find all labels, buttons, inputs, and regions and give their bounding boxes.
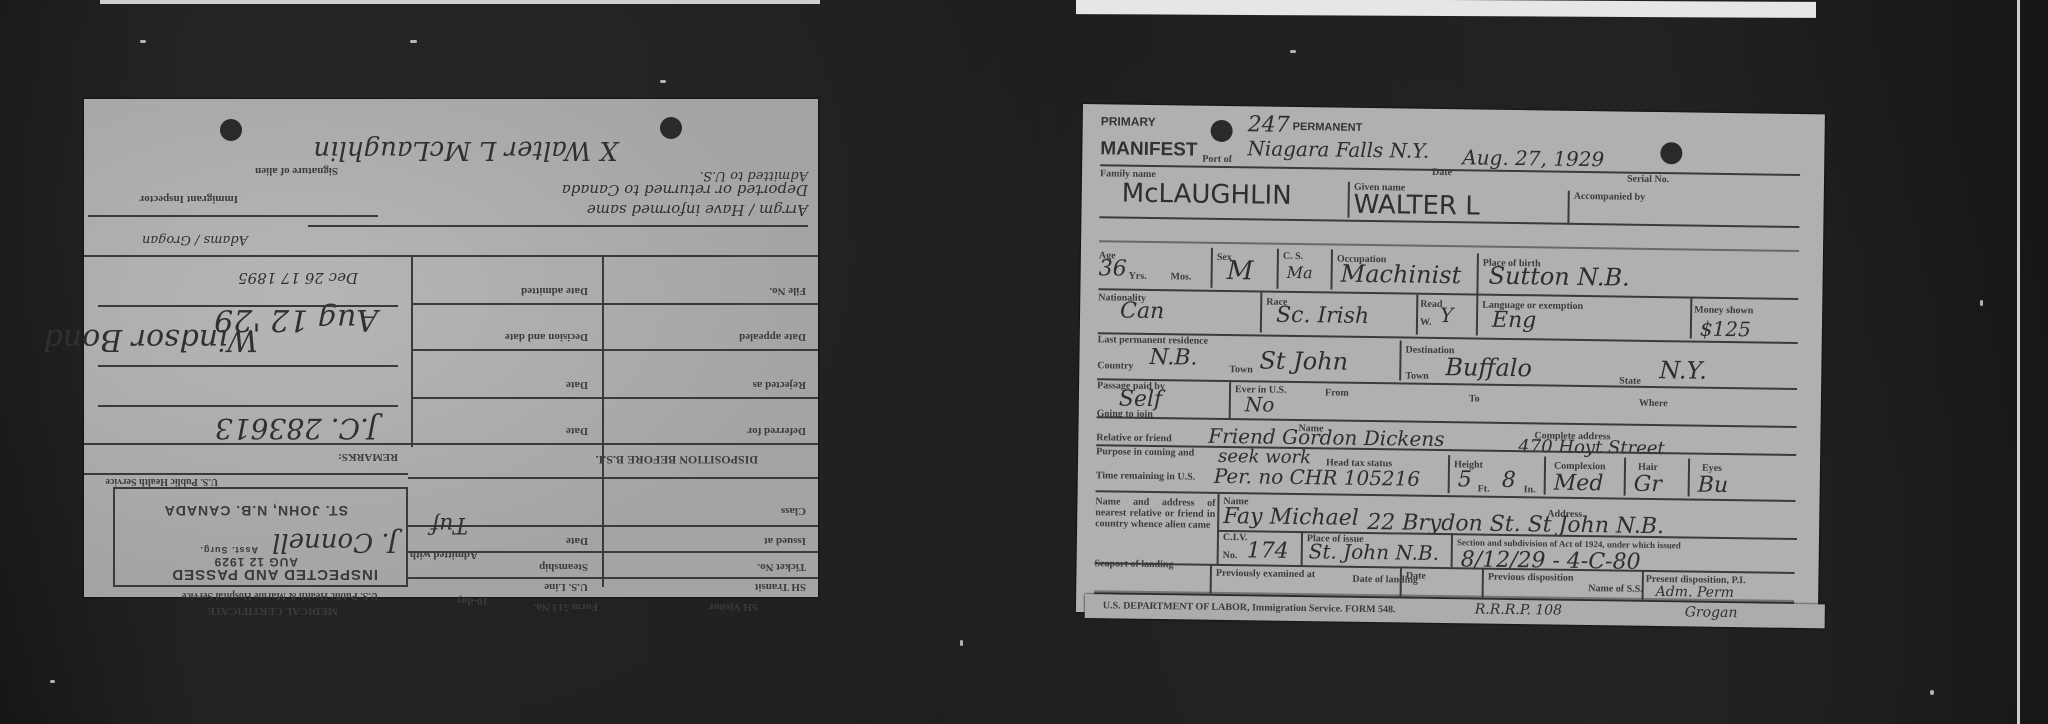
grid-line <box>1400 568 1402 596</box>
issued-at-label: Issued at <box>764 535 806 547</box>
card-manifest-front: PRIMARY 247 PERMANENT MANIFEST Port of N… <box>1076 104 1825 622</box>
dest-town-label: Town <box>1405 371 1429 382</box>
purpose-label: Purpose in coming and <box>1096 446 1194 458</box>
given-name: WALTER L <box>1353 190 1480 222</box>
footer-label: U.S. DEPARTMENT OF LABOR, Immigration Se… <box>1103 600 1396 615</box>
boi-date: Dec 26 17 1895 <box>238 269 358 287</box>
dest-town-value: Buffalo <box>1445 353 1532 382</box>
dust-speck <box>1980 300 1983 306</box>
country-label: Country <box>1097 360 1133 372</box>
divider <box>88 215 378 217</box>
occupation-value: Machinist <box>1340 260 1461 290</box>
grid-line <box>1688 458 1691 496</box>
time-remaining-label: Time remaining in U.S. <box>1096 470 1196 482</box>
language-value: Eng <box>1492 308 1537 334</box>
divider <box>98 365 398 367</box>
age-yrs-label: Yrs. <box>1129 271 1147 282</box>
grid-line <box>1210 248 1213 288</box>
where-label: Where <box>1639 398 1668 409</box>
sex-value: M <box>1226 256 1253 286</box>
grid-line <box>1210 566 1212 594</box>
civ-no-label: No. <box>1223 550 1238 561</box>
country-value: N.B. <box>1149 345 1197 371</box>
civ-no-value: 174 <box>1247 538 1289 564</box>
nearest-relative-label: Name and address of nearest relative or … <box>1095 496 1215 531</box>
divider <box>408 577 818 579</box>
rejected-date-label: Date <box>566 379 588 391</box>
permanent-label: PERMANENT <box>1293 121 1363 134</box>
grid-line <box>1567 191 1569 225</box>
dust-speck <box>140 40 146 43</box>
alien-signature: X Walter L McLaughlin <box>313 135 618 165</box>
grid-line <box>1690 298 1693 338</box>
file-no-label: File No. <box>769 285 806 297</box>
ticket-no-label: Ticket No. <box>757 561 806 573</box>
grid-line <box>1476 296 1479 336</box>
divider <box>308 225 808 227</box>
grid-line <box>1276 249 1279 289</box>
cs-label: C. S. <box>1283 251 1303 262</box>
dust-speck <box>410 40 417 43</box>
medical-stamp-service: U.S. Public Health & Marine Hospital Ser… <box>182 590 378 601</box>
dust-speck <box>660 80 666 83</box>
civ-label: C.I.V. <box>1223 532 1248 543</box>
from-label: From <box>1325 387 1349 398</box>
grid-line <box>1416 295 1419 335</box>
note-line-3: Admitted to U.S. <box>700 168 808 183</box>
town-label: Town <box>1229 364 1253 375</box>
serial-no-label: Serial No. <box>1627 174 1669 186</box>
phs-label: U.S. Public Health Service <box>106 476 219 487</box>
film-edge <box>2017 0 2020 724</box>
medical-stamp-title: Asst. Surg. <box>199 545 258 555</box>
card-reverse: X Walter L McLaughlin Signature of alien… <box>84 99 818 597</box>
primary-label: PRIMARY <box>1101 114 1156 129</box>
handwritten-place: Windsor Bond <box>44 322 258 357</box>
medical-certificate-label: MEDICAL CERTIFICATE <box>207 605 338 617</box>
dust-speck <box>1290 50 1296 53</box>
grid-line <box>1229 382 1232 418</box>
write-label: W. <box>1420 317 1432 328</box>
divider <box>84 473 408 475</box>
medical-stamp-city: ST. JOHN, N.B. CANADA <box>164 503 348 519</box>
grid-line <box>1642 572 1644 600</box>
nearest-name: Fay Michael <box>1223 504 1359 531</box>
issued-date-label: Date <box>566 535 588 547</box>
date-appealed-label: Date appealed <box>739 331 806 343</box>
port-label: Port of <box>1202 154 1232 165</box>
divider <box>1097 416 1797 428</box>
grid-line <box>1399 340 1402 380</box>
divider <box>413 397 818 399</box>
grid-line <box>602 257 604 587</box>
sh-transit-label: SH Transit <box>755 581 806 593</box>
money-value: $125 <box>1700 317 1751 342</box>
class-label: Class <box>781 505 806 517</box>
money-label: Money shown <box>1694 305 1753 317</box>
deferred-for-label: Deferred for <box>747 425 806 437</box>
hair-value: Gr <box>1634 472 1662 497</box>
nationality-value: Can <box>1120 299 1164 325</box>
steamship-label: Steamship <box>539 561 588 573</box>
divider <box>84 255 818 257</box>
dust-speck <box>1930 690 1934 695</box>
footer-signature: Grogan <box>1685 604 1738 621</box>
divider <box>98 305 398 307</box>
eyes-value: Bu <box>1698 473 1729 498</box>
us-line-label: U.S. Line <box>544 581 588 593</box>
grid-line <box>1482 569 1484 597</box>
age-years: 36 <box>1099 256 1127 281</box>
read-write-value: Y <box>1440 303 1454 327</box>
adjacent-frame-edge-right <box>1076 0 1816 18</box>
admitted-with-label: Admitted with <box>410 549 478 561</box>
medical-stamp-signature: J. Connell <box>272 527 398 557</box>
port-value: Niagara Falls N.Y. <box>1247 136 1429 163</box>
immigrant-inspector-label: Immigrant Inspector <box>139 193 238 205</box>
divider <box>84 443 818 445</box>
grid-line <box>1476 254 1479 294</box>
relative-label: Relative or friend <box>1096 432 1172 444</box>
grid-line <box>1347 182 1350 218</box>
complexion-value: Med <box>1554 471 1604 497</box>
punch-hole <box>1660 142 1682 164</box>
inspector-signature: Adams / Grogan <box>142 232 248 247</box>
present-disposition-value: Adm. Perm <box>1656 584 1735 601</box>
relative-address: 470 Hoyt Street <box>1518 436 1665 459</box>
birthplace-value: Sutton N.B. <box>1488 262 1629 292</box>
note-line-2: Deported or returned to Canada <box>562 181 808 199</box>
previously-examined-label: Previously examined at <box>1216 568 1315 580</box>
decision-date-label: Decision and date <box>505 331 588 343</box>
date-admitted-label: Date admitted <box>521 285 588 297</box>
card-number: 247 <box>1248 112 1290 138</box>
ft-label: Ft. <box>1478 484 1490 495</box>
divider <box>408 477 818 479</box>
days-label: 10-day <box>456 595 488 607</box>
grid-line <box>1451 533 1453 567</box>
rejected-as-label: Rejected as <box>753 379 806 391</box>
height-in: 8 <box>1502 468 1516 493</box>
in-label: In. <box>1524 484 1536 495</box>
dust-speck <box>960 640 963 646</box>
grid-line <box>411 257 413 447</box>
grid-line <box>1544 456 1547 494</box>
manifest-label: MANIFEST <box>1100 138 1197 161</box>
time-remaining-value: Per. no CHR 105216 <box>1214 464 1421 491</box>
height-ft: 5 <box>1458 467 1472 492</box>
divider <box>1096 444 1796 456</box>
remarks-value: J.C. 283613 <box>215 412 378 445</box>
date2-label: Date <box>1406 570 1426 581</box>
note-line-1: Arrgm / Have informed same <box>587 201 808 219</box>
card-reverse-content: X Walter L McLaughlin Signature of alien… <box>84 99 818 597</box>
ever-in-us-value: No <box>1245 392 1275 416</box>
divider <box>1099 240 1799 252</box>
grid-line <box>1330 249 1333 289</box>
family-name: McLAUGHLIN <box>1122 179 1292 211</box>
town-value: St John <box>1259 346 1348 375</box>
accompanied-by-label: Accompanied by <box>1574 191 1646 203</box>
cs-value: Ma <box>1287 263 1313 282</box>
date-value: Aug. 27, 1929 <box>1462 145 1604 171</box>
divider <box>1098 288 1798 300</box>
grid-line <box>1301 531 1303 565</box>
grid-line <box>1448 455 1451 493</box>
admitted-signature: Tuf <box>431 512 468 537</box>
form-no-label: Form 513 No. <box>534 601 598 613</box>
deferred-date-label: Date <box>566 425 588 437</box>
to-label: To <box>1469 393 1480 404</box>
grid-line <box>1260 292 1263 332</box>
divider <box>413 303 818 305</box>
footer-handwritten: R.R.R.P. 108 <box>1475 601 1562 618</box>
place-of-issue-value: St. John N.B. <box>1309 539 1440 565</box>
age-mos-label: Mos. <box>1171 271 1192 282</box>
punch-hole <box>1210 120 1232 142</box>
divider <box>98 405 398 407</box>
divider <box>408 525 818 527</box>
state-value: N.Y. <box>1659 356 1707 385</box>
remarks-label: REMARKS: <box>338 451 398 463</box>
previous-disposition-label: Previous disposition <box>1488 572 1574 584</box>
signature-label: Signature of alien <box>255 165 338 177</box>
adjacent-frame-edge-left <box>100 0 820 4</box>
going-to-join-label: Going to join <box>1097 408 1153 420</box>
grid-line <box>1624 458 1627 496</box>
disposition-header: DISPOSITION BEFORE B.S.I. <box>596 452 758 467</box>
divider <box>413 349 818 351</box>
race-value: Sc. Irish <box>1276 303 1369 329</box>
medical-stamp-status: INSPECTED AND PASSED <box>171 566 378 583</box>
dust-speck <box>50 680 55 683</box>
visitor-label: SH Visitor <box>709 601 758 613</box>
